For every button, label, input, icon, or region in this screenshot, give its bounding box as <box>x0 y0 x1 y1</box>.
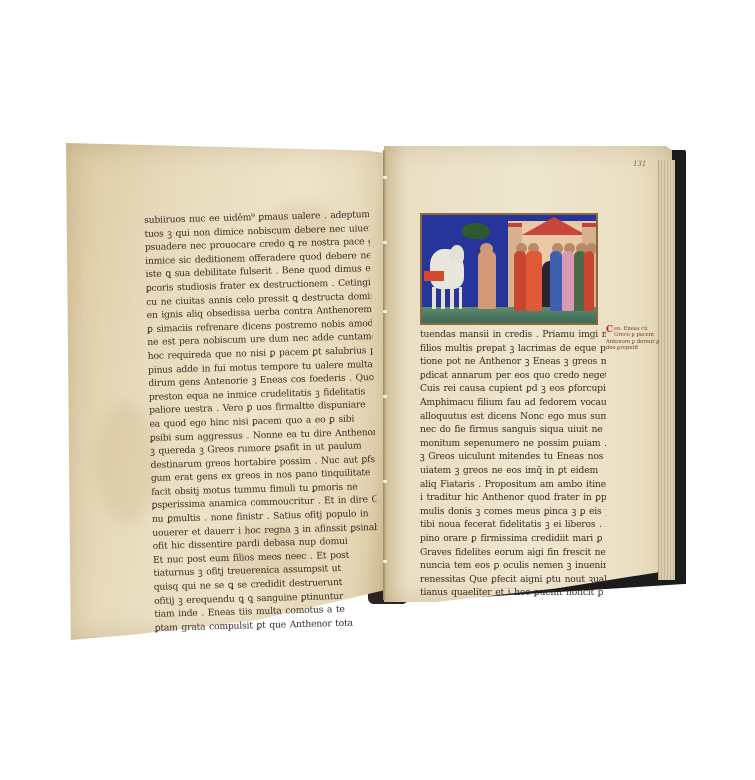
manuscript-line: ꝫ Greos uiculunt mitendes tu Eneas nos ꝑ… <box>420 450 606 464</box>
rubric-initial: C <box>606 326 613 334</box>
robed-figure <box>526 251 542 311</box>
manuscript-line: tuendas mansii in credis . Priamu imgi m… <box>420 328 606 342</box>
horse-legs-illustration <box>432 287 462 309</box>
groom-figure <box>478 251 496 309</box>
manuscript-photo: subiiruos nuc ee uidēm⁹ ꝑmaus ualere . a… <box>0 0 755 780</box>
manuscript-line: pino orare ꝑ firmissima credidiit mari ꝑ… <box>420 532 606 546</box>
manuscript-line: Amphimacu filium fau ad fedorem vocauit … <box>420 396 606 410</box>
manuscript-line: tianus quaeliter et i hoc ꝑuenit noncit … <box>420 586 606 600</box>
manuscript-line: i traditur hic Anthenor quod frater in ꝑ… <box>420 491 606 505</box>
manuscript-line: monitum sepenumero ne possim ꝑuiam . Hoc… <box>420 437 606 451</box>
binding-stitch <box>383 241 387 244</box>
horse-head-illustration <box>450 245 464 263</box>
manuscript-line: renessitas Que ꝑfecit aigni ꝑtu nout ꝫua… <box>420 573 606 587</box>
manuscript-line: alloquutus est dicens Nonc ego mus sum ꝑ… <box>420 410 606 424</box>
right-page-text: tuendas mansii in credis . Priamu imgi m… <box>420 328 606 600</box>
robed-figure <box>562 251 574 311</box>
manuscript-line: filios multis ꝑrepat ꝫ lacrimas de eque … <box>420 342 606 356</box>
manuscript-line: tibi noua fecerat fidelitatis ꝫ ei liber… <box>420 518 606 532</box>
manuscript-line: Cuis rei causa cupient ꝑd ꝫ eos ꝑforcupi… <box>420 382 606 396</box>
manuscript-line: nuncia tem eos ꝑ oculis nemen ꝫ inuenire… <box>420 559 606 573</box>
manuscript-line: Graves fidelites eorum aigi fin frescit … <box>420 546 606 560</box>
robed-figure <box>514 251 526 311</box>
left-page-text: subiiruos nuc ee uidēm⁹ ꝑmaus ualere . a… <box>144 208 380 635</box>
illuminated-miniature <box>420 213 598 325</box>
robed-figure <box>584 251 594 311</box>
manuscript-line: tione pot ne Anthenor ꝫ Eneas ꝫ greos ma… <box>420 355 606 369</box>
book-gutter <box>383 150 386 600</box>
binding-stitch <box>383 480 387 483</box>
tree-illustration <box>462 223 490 239</box>
rubric-text: eo. Eneas cū Greco ꝑ pacem Antenore ꝑ de… <box>606 326 660 351</box>
robed-figure <box>550 251 562 311</box>
binding-stitch <box>383 310 387 313</box>
rubric-marginal-note: C eo. Eneas cū Greco ꝑ pacem Antenore ꝑ … <box>606 326 664 352</box>
saddle-illustration <box>424 271 444 281</box>
page-fore-edge <box>658 160 675 580</box>
manuscript-line: aliq Fiataris . Propositum am ambo itine… <box>420 478 606 492</box>
manuscript-line: nec do fie firmus sanguis siqua uiuit ne… <box>420 423 606 437</box>
binding-stitch <box>383 176 387 179</box>
manuscript-line: uiatem ꝫ greos ne eos imq̄ in ꝑt eidem <box>420 464 606 478</box>
binding-stitch <box>383 395 387 398</box>
manuscript-line: ꝑdicat annarum per eos quo credo negetur… <box>420 369 606 383</box>
folio-number: 131 <box>633 160 646 168</box>
roof-illustration <box>522 217 586 235</box>
binding-stitch <box>383 560 387 563</box>
manuscript-line: mulis donis ꝫ comes meus ꝑinca ꝫ ꝑ eis ꝫ… <box>420 505 606 519</box>
